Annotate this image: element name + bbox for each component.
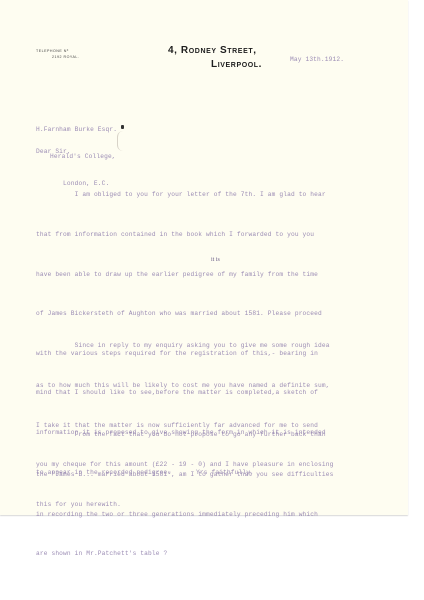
body-line: From the fact that you do not propose to… xyxy=(36,428,333,441)
letter-page: TELEPHONE Nº 2192 ROYAL. 4, Rodney Stree… xyxy=(0,0,408,515)
body-line: Since in reply to my enquiry asking you … xyxy=(36,339,333,352)
letterhead-telephone: TELEPHONE Nº 2192 ROYAL. xyxy=(36,48,79,60)
letter-date: May 13th.1912. xyxy=(290,56,344,63)
telephone-number: 2192 ROYAL. xyxy=(36,54,79,60)
ink-blot xyxy=(121,125,124,129)
body-line: in recording the two or three generation… xyxy=(36,508,333,521)
body-line: that from information contained in the b… xyxy=(36,228,326,241)
body-line: are shown in Mr.Patchett's table ? xyxy=(36,547,333,560)
address-line-2: Liverpool. xyxy=(168,58,262,72)
interlinear-insert: it is xyxy=(211,257,220,263)
address-line-1: 4, Rodney Street, xyxy=(168,44,262,58)
body-line: as to how much this will be likely to co… xyxy=(36,379,333,392)
closing: Yrs faithfully, xyxy=(196,469,254,476)
letterhead-address: 4, Rodney Street, Liverpool. xyxy=(168,44,262,72)
body-line: the "James B... married about 1581", am … xyxy=(36,468,333,481)
pencil-mark xyxy=(117,131,124,151)
paragraph-3: From the fact that you do not propose to… xyxy=(36,402,333,587)
body-line: I am obliged to you for your letter of t… xyxy=(36,188,326,201)
body-line: have been able to draw up the earlier pe… xyxy=(36,268,326,281)
addressee-line-1: H.Farnham Burke Esqr. xyxy=(36,125,117,134)
salutation: Dear Sir, xyxy=(36,148,71,155)
